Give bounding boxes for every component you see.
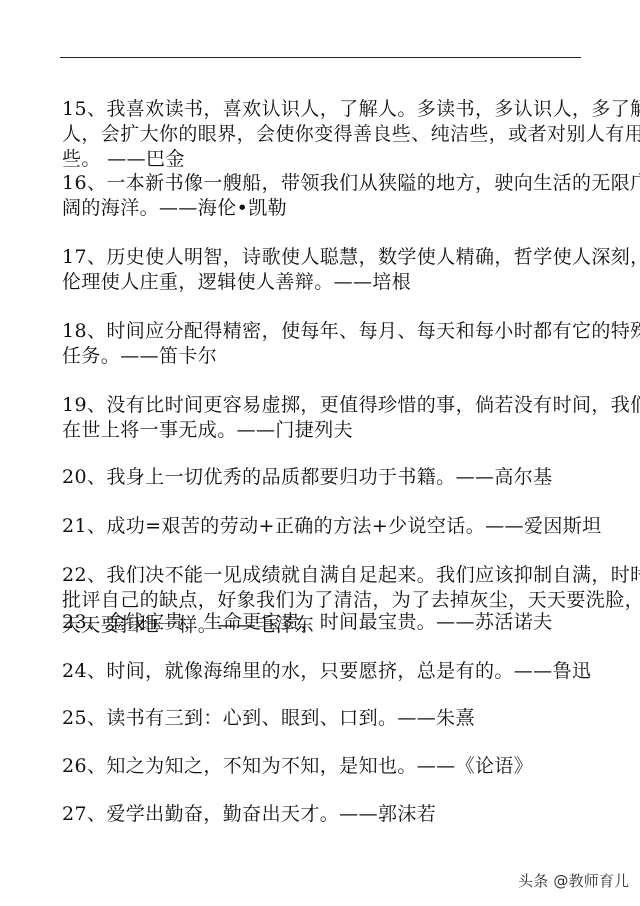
quote-line: 24、时间，就像海绵里的水，只要愿挤，总是有的。——鲁迅 bbox=[62, 659, 591, 684]
quote-line: 19、没有比时间更容易虚掷，更值得珍惜的事，倘若没有时间，我们 bbox=[62, 393, 640, 418]
quote-line: 阔的海洋。——海伦•凯勒 bbox=[62, 196, 640, 221]
quote-line: 18、时间应分配得精密，使每年、每月、每天和每小时都有它的特殊 bbox=[62, 319, 640, 344]
quote-item: 20、我身上一切优秀的品质都要归功于书籍。——高尔基 bbox=[62, 465, 553, 490]
quote-line: 17、历史使人明智，诗歌使人聪慧，数学使人精确，哲学使人深刻， bbox=[62, 245, 640, 270]
quote-item: 15、我喜欢读书，喜欢认识人，了解人。多读书，多认识人，多了解人，会扩大你的眼界… bbox=[62, 97, 640, 172]
header-rule bbox=[60, 57, 581, 58]
quote-line: 人，会扩大你的眼界，会使你变得善良些、纯洁些，或者对别人有用 bbox=[62, 122, 640, 147]
quote-line: 26、知之为知之，不知为不知，是知也。——《论语》 bbox=[62, 754, 533, 779]
quote-item: 18、时间应分配得精密，使每年、每月、每天和每小时都有它的特殊任务。——笛卡尔 bbox=[62, 319, 640, 369]
quote-item: 26、知之为知之，不知为不知，是知也。——《论语》 bbox=[62, 754, 533, 779]
quote-line: 在世上将一事无成。——门捷列夫 bbox=[62, 418, 640, 443]
watermark: 头条 @教师育儿 bbox=[518, 870, 629, 891]
quote-line: 20、我身上一切优秀的品质都要归功于书籍。——高尔基 bbox=[62, 465, 553, 490]
quote-item: 25、读书有三到：心到、眼到、口到。——朱熹 bbox=[62, 706, 475, 731]
quote-line: 22、我们决不能一见成绩就自满自足起来。我们应该抑制自满，时时 bbox=[62, 563, 640, 588]
quote-line: 27、爱学出勤奋，勤奋出天才。——郭沫若 bbox=[62, 802, 436, 827]
quote-line: 16、一本新书像一艘船，带领我们从狭隘的地方，驶向生活的无限广 bbox=[62, 171, 640, 196]
quote-item: 27、爱学出勤奋，勤奋出天才。——郭沫若 bbox=[62, 802, 436, 827]
quote-line: 21、成功=艰苦的劳动+正确的方法+少说空话。——爱因斯坦 bbox=[62, 514, 602, 539]
quote-line: 伦理使人庄重，逻辑使人善辩。——培根 bbox=[62, 270, 640, 295]
quote-line: 任务。——笛卡尔 bbox=[62, 344, 640, 369]
quote-line: 23、金钱宝贵，生命更宝贵，时间最宝贵。——苏活诺夫 bbox=[62, 610, 553, 635]
quote-line: 25、读书有三到：心到、眼到、口到。——朱熹 bbox=[62, 706, 475, 731]
quote-line: 15、我喜欢读书，喜欢认识人，了解人。多读书，多认识人，多了解 bbox=[62, 97, 640, 122]
quote-item: 23、金钱宝贵，生命更宝贵，时间最宝贵。——苏活诺夫 bbox=[62, 610, 553, 635]
quote-line: 些。 ——巴金 bbox=[62, 147, 640, 172]
quote-item: 21、成功=艰苦的劳动+正确的方法+少说空话。——爱因斯坦 bbox=[62, 514, 602, 539]
quote-item: 16、一本新书像一艘船，带领我们从狭隘的地方，驶向生活的无限广阔的海洋。——海伦… bbox=[62, 171, 640, 221]
quote-item: 19、没有比时间更容易虚掷，更值得珍惜的事，倘若没有时间，我们在世上将一事无成。… bbox=[62, 393, 640, 443]
quote-item: 24、时间，就像海绵里的水，只要愿挤，总是有的。——鲁迅 bbox=[62, 659, 591, 684]
quote-item: 17、历史使人明智，诗歌使人聪慧，数学使人精确，哲学使人深刻，伦理使人庄重，逻辑… bbox=[62, 245, 640, 295]
